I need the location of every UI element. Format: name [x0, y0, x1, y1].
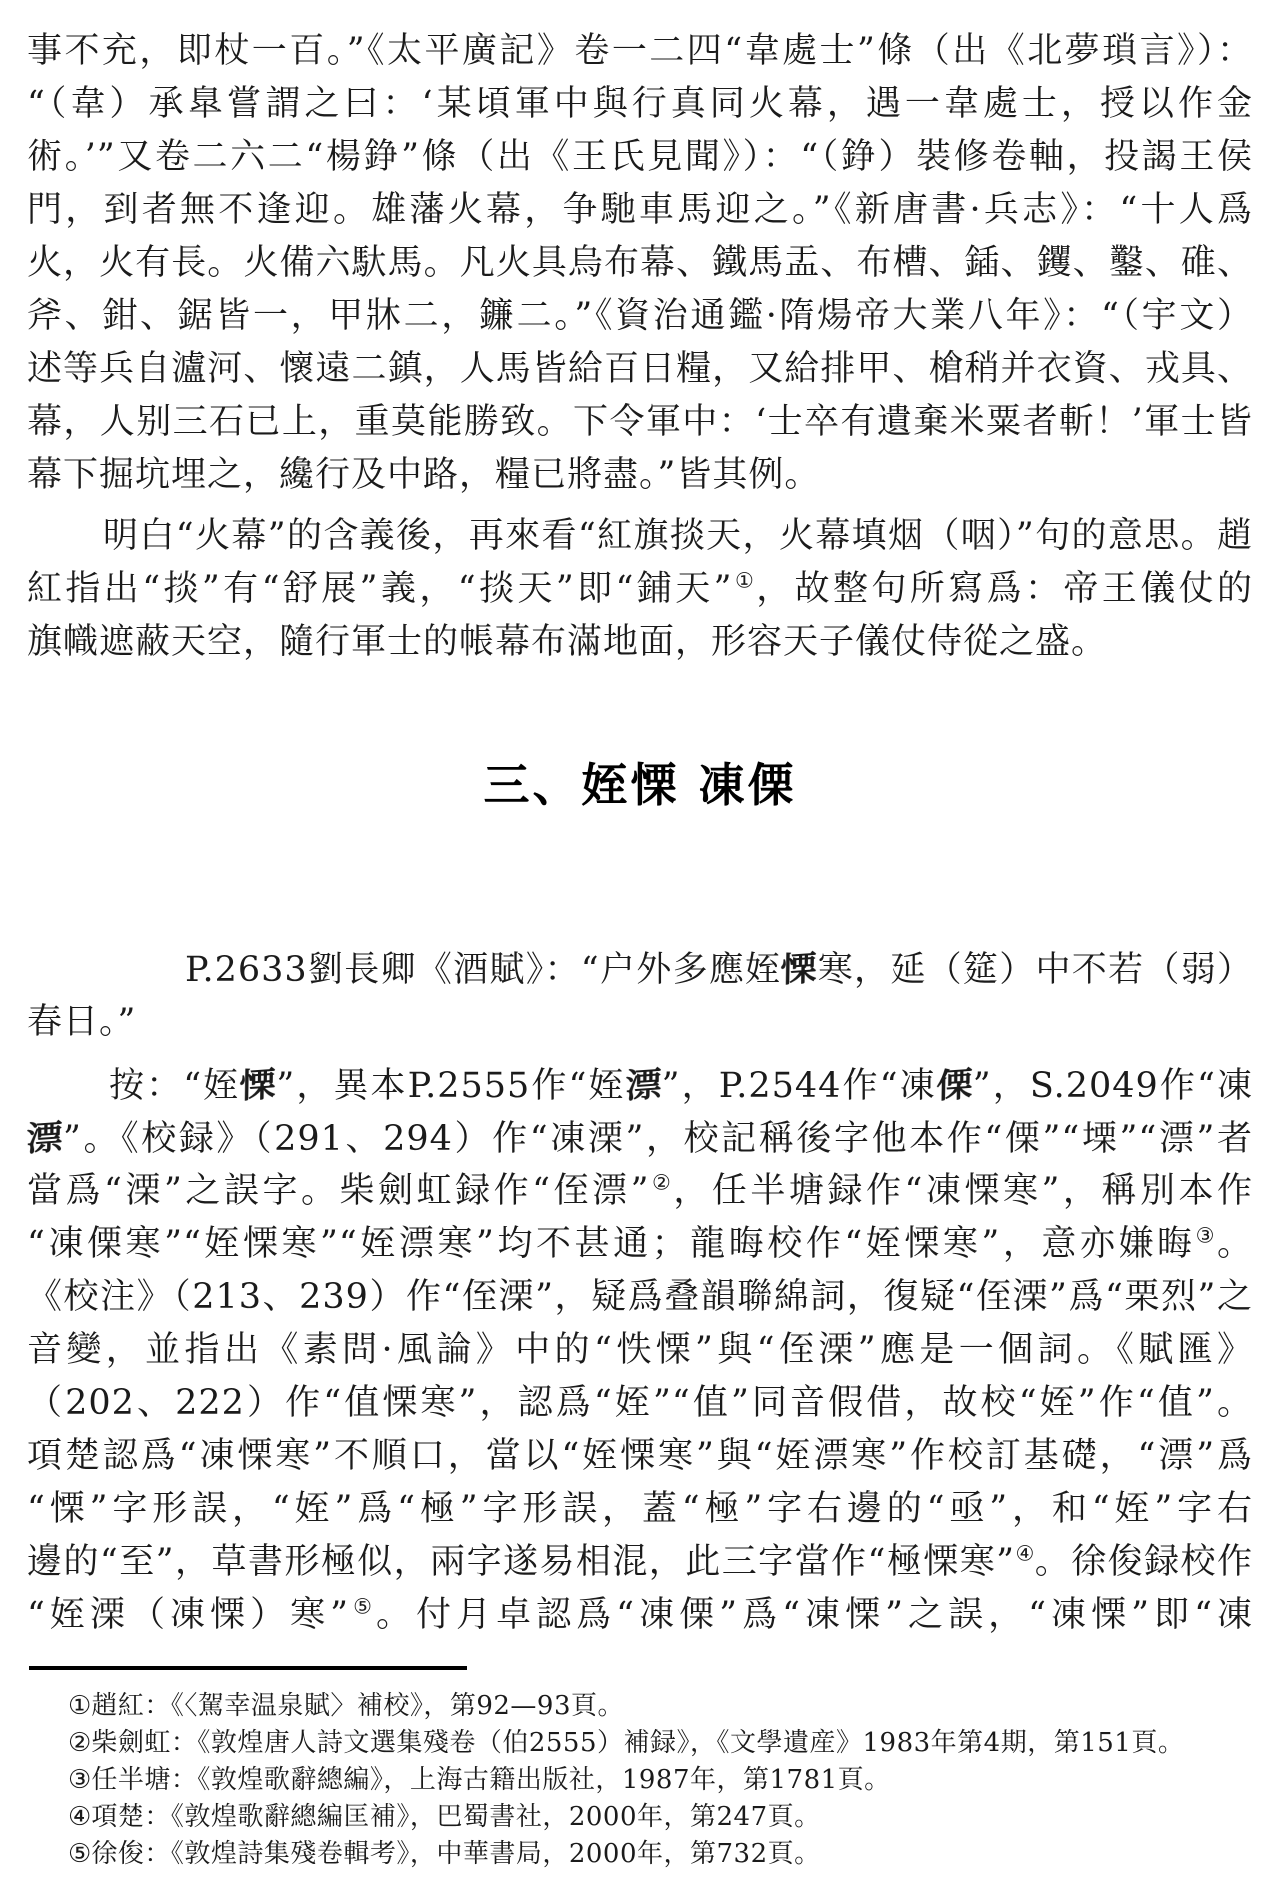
text-run: 按：“姪 — [109, 1066, 240, 1106]
text-line: 邊的“至”，草書形極似，兩字遂易相混，此三字當作“極慄寒”④。徐俊録校作 — [27, 1536, 1253, 1589]
paragraph-p2: 明白“火幕”的含義後，再來看“紅旗掞天，火幕填烟（咽）”句的意思。趙紅指出“掞”… — [27, 510, 1253, 669]
footnote-marker: ② — [68, 1728, 91, 1758]
text-run: 紅指出“掞”有“舒展”義，“掞天”即“鋪天” — [27, 569, 733, 609]
text-run: ”。《校録》（291、294）作“凍溧”，校記稱後字他本作“傈”“塛”“漂”者 — [63, 1119, 1253, 1159]
text-run: （202、222）作“值慄寒”，認爲“姪”“值”同音假借，故校“姪”作“值”。 — [27, 1383, 1253, 1423]
text-run: 事不充，即杖一百。”《太平廣記》卷一二四“韋處士”條（出《北夢瑣言》）： — [27, 31, 1253, 71]
text-line: 《校注》（213、239）作“侄溧”，疑爲叠韻聯綿詞，復疑“侄溧”爲“栗烈”之 — [27, 1271, 1253, 1324]
text-line: 術。’”又卷二六二“楊錚”條（出《王氏見聞》）：“（錚）裝修卷軸，投謁王侯 — [27, 131, 1253, 184]
text-line: 事不充，即杖一百。”《太平廣記》卷一二四“韋處士”條（出《北夢瑣言》）： — [27, 25, 1253, 78]
manuscript-glyph: 慄 — [780, 943, 818, 996]
text-line: （202、222）作“值慄寒”，認爲“姪”“值”同音假借，故校“姪”作“值”。 — [27, 1377, 1253, 1430]
footnote-divider — [29, 1666, 467, 1670]
footnote-ref: ③ — [1196, 1223, 1217, 1247]
manuscript-glyph: 漂 — [27, 1112, 64, 1165]
text-line: 火，火有長。火備六馱馬。凡火具烏布幕、鐵馬盂、布槽、鍤、钁、鑿、碓、筐、 — [27, 237, 1253, 290]
body-content-lower: P.2633劉長卿《酒賦》：“户外多應姪慄寒，延（筵）中不若（弱）三春日。”按：… — [27, 943, 1253, 1642]
text-line: 音變，並指出《素問·風論》中的“怢慄”與“侄溧”應是一個詞。《賦匯》 — [27, 1324, 1253, 1377]
text-line: 旗幟遮蔽天空，隨行軍士的帳幕布滿地面，形容天子儀仗侍從之盛。 — [27, 616, 1253, 669]
text-run: “（韋）承臯嘗謂之曰：‘某頃軍中與行真同火幕，遇一韋處士，授以作金 — [27, 84, 1253, 124]
footnote-marker: ⑤ — [68, 1839, 91, 1869]
text-run: 述等兵自瀘河、懷遠二鎮，人馬皆給百日糧，又給排甲、槍稍并衣資、戎具、火 — [27, 349, 1253, 396]
text-run: 斧、鉗、鋸皆一，甲牀二，鐮二。”《資治通鑑·隋煬帝大業八年》：“（宇文） — [27, 296, 1253, 336]
text-run: “姪溧（凍慄）寒” — [27, 1595, 349, 1635]
footnote-text: 柴劍虹：《敦煌唐人詩文選集殘卷（伯2555）補録》，《文學遺産》1983年第4期… — [91, 1728, 1184, 1758]
footnote-ref: ② — [649, 1170, 673, 1194]
text-run: “慄”字形誤，“姪”爲“極”字形誤，蓋“極”字右邊的“亟”，和“姪”字右 — [27, 1489, 1253, 1529]
text-run: 春日。” — [27, 1002, 136, 1042]
text-line: “凍傈寒”“姪慄寒”“姪漂寒”均不甚通；龍晦校作“姪慄寒”，意亦嫌晦③。 — [27, 1218, 1253, 1271]
footnotes-list: ①趙紅：《〈駕幸温泉賦〉補校》，第92—93頁。②柴劍虹：《敦煌唐人詩文選集殘卷… — [27, 1688, 1253, 1873]
footnote-ref: ① — [733, 568, 757, 592]
text-line: 項楚認爲“凍慄寒”不順口，當以“姪慄寒”與“姪漂寒”作校訂基礎，“漂”爲 — [27, 1430, 1253, 1483]
text-run: ，任半塘録作“凍慄寒”，稱別本作 — [673, 1171, 1253, 1211]
text-run: 術。’”又卷二六二“楊錚”條（出《王氏見聞》）：“（錚）裝修卷軸，投謁王侯 — [27, 137, 1253, 177]
text-line: 春日。” — [27, 996, 1253, 1049]
text-run: 。 — [1217, 1224, 1253, 1264]
text-line: 漂”。《校録》（291、294）作“凍溧”，校記稱後字他本作“傈”“塛”“漂”者 — [27, 1112, 1253, 1165]
document-page: 事不充，即杖一百。”《太平廣記》卷一二四“韋處士”條（出《北夢瑣言》）：“（韋）… — [0, 0, 1280, 1885]
text-line: 幕，人别三石已上，重莫能勝致。下令軍中：‘士卒有遺棄米粟者斬！’軍士皆於 — [27, 396, 1253, 449]
text-line: “姪溧（凍慄）寒”⑤。付月卓認爲“凍傈”爲“凍慄”之誤，“凍慄”即“凍 — [27, 1589, 1253, 1642]
paragraph-p1: 事不充，即杖一百。”《太平廣記》卷一二四“韋處士”條（出《北夢瑣言》）：“（韋）… — [27, 25, 1253, 502]
text-run: “凍傈寒”“姪慄寒”“姪漂寒”均不甚通；龍晦校作“姪慄寒”，意亦嫌晦 — [27, 1224, 1196, 1264]
manuscript-glyph: 漂 — [625, 1059, 663, 1112]
text-line: 當爲“溧”之誤字。柴劍虹録作“侄漂”②，任半塘録作“凍慄寒”，稱別本作 — [27, 1165, 1253, 1218]
text-line: 按：“姪慄”，異本P.2555作“姪漂”，P.2544作“凍傈”，S.2049作… — [27, 1059, 1253, 1112]
footnote-text: 項楚：《敦煌歌辭總編匡補》，巴蜀書社，2000年，第247頁。 — [91, 1802, 820, 1832]
text-line: 幕下掘坑埋之，纔行及中路，糧已將盡。”皆其例。 — [27, 449, 1253, 502]
text-run: ”，異本P.2555作“姪 — [276, 1066, 625, 1106]
text-run: 幕下掘坑埋之，纔行及中路，糧已將盡。”皆其例。 — [27, 455, 820, 495]
footnotes-section: ①趙紅：《〈駕幸温泉賦〉補校》，第92—93頁。②柴劍虹：《敦煌唐人詩文選集殘卷… — [27, 1666, 1253, 1873]
text-line: 紅指出“掞”有“舒展”義，“掞天”即“鋪天”①，故整句所寫爲：帝王儀仗的 — [27, 563, 1253, 616]
text-run: ，故整句所寫爲：帝王儀仗的 — [756, 569, 1253, 609]
paragraph-p4: 按：“姪慄”，異本P.2555作“姪漂”，P.2544作“凍傈”，S.2049作… — [27, 1059, 1253, 1642]
footnote-marker: ① — [68, 1691, 91, 1721]
footnote-marker: ③ — [68, 1765, 91, 1795]
footnote-item: ②柴劍虹：《敦煌唐人詩文選集殘卷（伯2555）補録》，《文學遺産》1983年第4… — [27, 1725, 1253, 1762]
text-run: 音變，並指出《素問·風論》中的“怢慄”與“侄溧”應是一個詞。《賦匯》 — [27, 1330, 1253, 1370]
footnote-item: ①趙紅：《〈駕幸温泉賦〉補校》，第92—93頁。 — [27, 1688, 1253, 1725]
footnote-marker: ④ — [68, 1802, 91, 1832]
text-run: 旗幟遮蔽天空，隨行軍士的帳幕布滿地面，形容天子儀仗侍從之盛。 — [27, 622, 1107, 662]
text-run: 。徐俊録校作 — [1035, 1542, 1253, 1582]
text-run: 邊的“至”，草書形極似，兩字遂易相混，此三字當作“極慄寒” — [27, 1542, 1015, 1582]
footnote-item: ⑤徐俊：《敦煌詩集殘卷輯考》，中華書局，2000年，第732頁。 — [27, 1836, 1253, 1873]
text-line: 明白“火幕”的含義後，再來看“紅旗掞天，火幕填烟（咽）”句的意思。趙 — [27, 510, 1253, 563]
footnote-text: 徐俊：《敦煌詩集殘卷輯考》，中華書局，2000年，第732頁。 — [91, 1839, 820, 1869]
section-heading: 三、姪慄 凍傈 — [27, 757, 1253, 813]
text-run: ”，S.2049作“凍 — [973, 1066, 1253, 1106]
text-line: P.2633劉長卿《酒賦》：“户外多應姪慄寒，延（筵）中不若（弱）三 — [27, 943, 1253, 996]
body-content: 事不充，即杖一百。”《太平廣記》卷一二四“韋處士”條（出《北夢瑣言》）：“（韋）… — [27, 25, 1253, 669]
paragraph-p3: P.2633劉長卿《酒賦》：“户外多應姪慄寒，延（筵）中不若（弱）三春日。” — [27, 943, 1253, 1049]
footnote-item: ④項楚：《敦煌歌辭總編匡補》，巴蜀書社，2000年，第247頁。 — [27, 1799, 1253, 1836]
text-run: 門，到者無不逢迎。雄藩火幕，争馳車馬迎之。”《新唐書·兵志》：“十人爲 — [27, 190, 1253, 230]
text-run: 明白“火幕”的含義後，再來看“紅旗掞天，火幕填烟（咽）”句的意思。趙 — [103, 516, 1253, 556]
text-line: “慄”字形誤，“姪”爲“極”字形誤，蓋“極”字右邊的“亟”，和“姪”字右 — [27, 1483, 1253, 1536]
manuscript-glyph: 傈 — [936, 1059, 974, 1112]
text-run: P.2633劉長卿《酒賦》：“户外多應姪 — [185, 950, 781, 990]
footnote-text: 任半塘：《敦煌歌辭總編》，上海古籍出版社，1987年，第1781頁。 — [91, 1765, 890, 1795]
footnote-item: ③任半塘：《敦煌歌辭總編》，上海古籍出版社，1987年，第1781頁。 — [27, 1762, 1253, 1799]
manuscript-glyph: 慄 — [239, 1059, 277, 1112]
text-run: 當爲“溧”之誤字。柴劍虹録作“侄漂” — [27, 1171, 649, 1211]
text-run: 火，火有長。火備六馱馬。凡火具烏布幕、鐵馬盂、布槽、鍤、钁、鑿、碓、筐、 — [27, 243, 1253, 290]
footnote-text: 趙紅：《〈駕幸温泉賦〉補校》，第92—93頁。 — [91, 1691, 624, 1721]
text-run: 。付月卓認爲“凍傈”爲“凍慄”之誤，“凍慄”即“凍 — [376, 1595, 1253, 1635]
footnote-ref: ④ — [1015, 1541, 1035, 1565]
text-run: 幕，人别三石已上，重莫能勝致。下令軍中：‘士卒有遺棄米粟者斬！’軍士皆於 — [27, 402, 1253, 449]
text-run: 項楚認爲“凍慄寒”不順口，當以“姪慄寒”與“姪漂寒”作校訂基礎，“漂”爲 — [27, 1436, 1253, 1476]
text-run: 《校注》（213、239）作“侄溧”，疑爲叠韻聯綿詞，復疑“侄溧”爲“栗烈”之 — [27, 1277, 1253, 1317]
text-line: 述等兵自瀘河、懷遠二鎮，人馬皆給百日糧，又給排甲、槍稍并衣資、戎具、火 — [27, 343, 1253, 396]
text-run: ”，P.2544作“凍 — [662, 1066, 937, 1106]
text-line: “（韋）承臯嘗謂之曰：‘某頃軍中與行真同火幕，遇一韋處士，授以作金 — [27, 78, 1253, 131]
text-line: 斧、鉗、鋸皆一，甲牀二，鐮二。”《資治通鑑·隋煬帝大業八年》：“（宇文） — [27, 290, 1253, 343]
text-line: 門，到者無不逢迎。雄藩火幕，争馳車馬迎之。”《新唐書·兵志》：“十人爲 — [27, 184, 1253, 237]
footnote-ref: ⑤ — [349, 1594, 376, 1618]
